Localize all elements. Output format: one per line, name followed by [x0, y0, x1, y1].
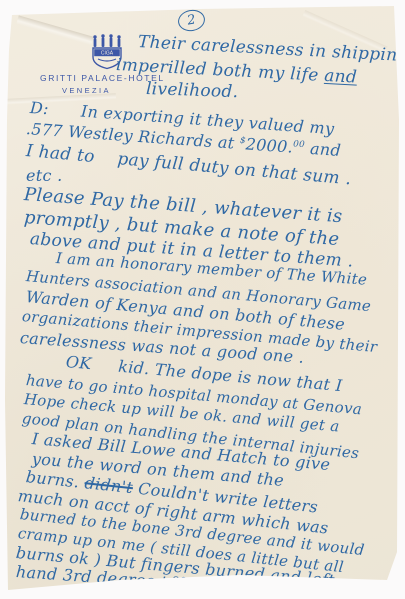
letter-paper: CIGA GRITTI PALACE-HOTEL VENEZIA 2 Their… [0, 0, 405, 599]
handwriting-line: livelihood. [146, 79, 239, 102]
handwritten-text: Their carelessness in shippingimperilled… [0, 0, 405, 599]
handwriting-line: etc . [26, 166, 63, 185]
letter-photo: CIGA GRITTI PALACE-HOTEL VENEZIA 2 Their… [0, 0, 405, 599]
